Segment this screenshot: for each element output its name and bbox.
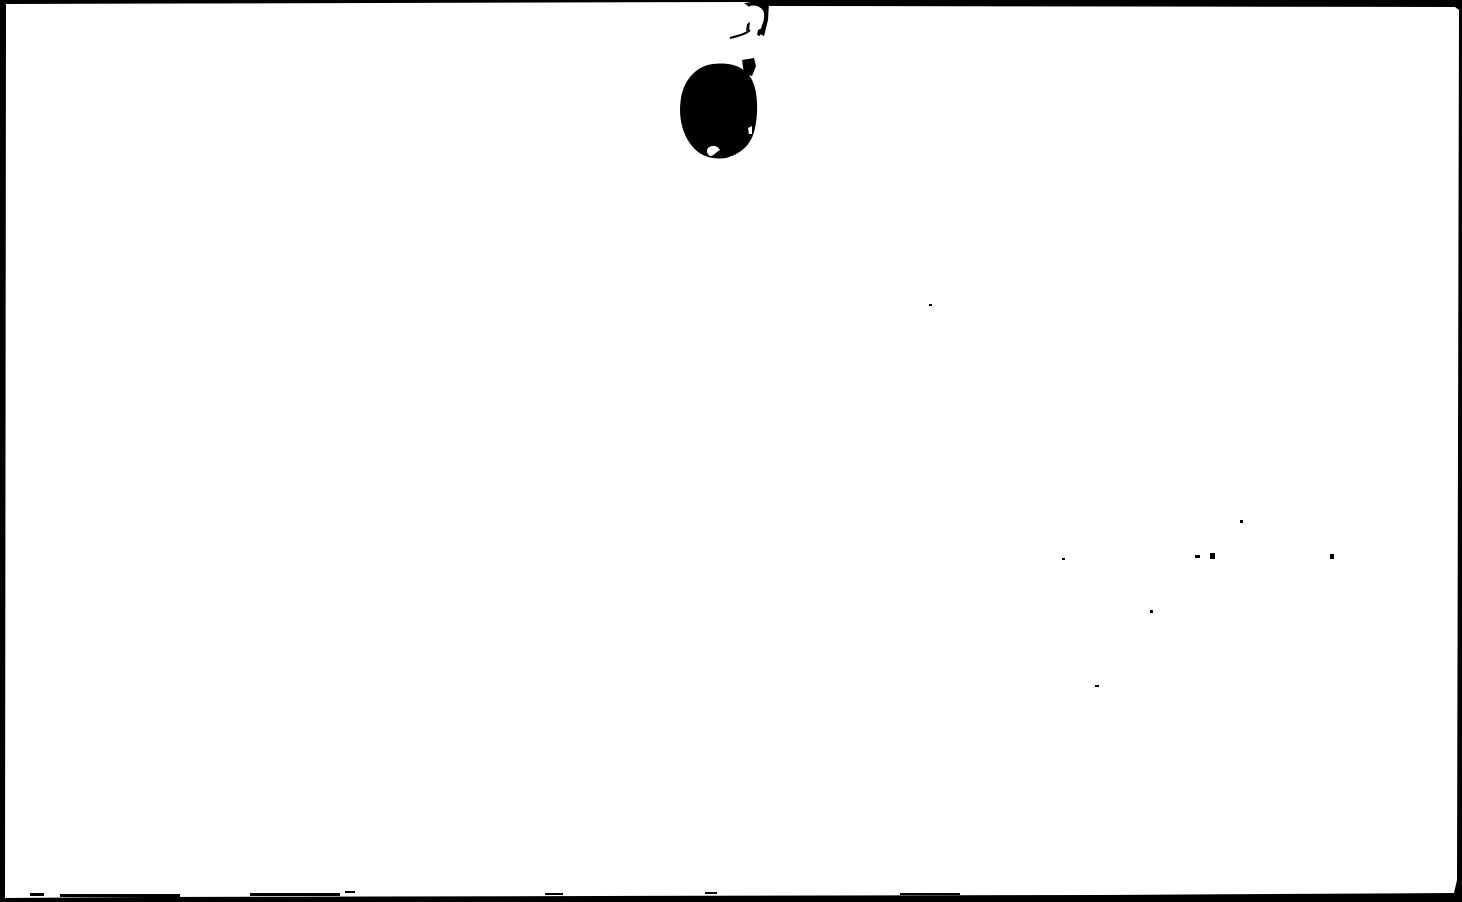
photo-canvas	[0, 0, 1462, 902]
binarized-photo	[0, 0, 1462, 902]
dark-oval-object	[680, 64, 757, 159]
